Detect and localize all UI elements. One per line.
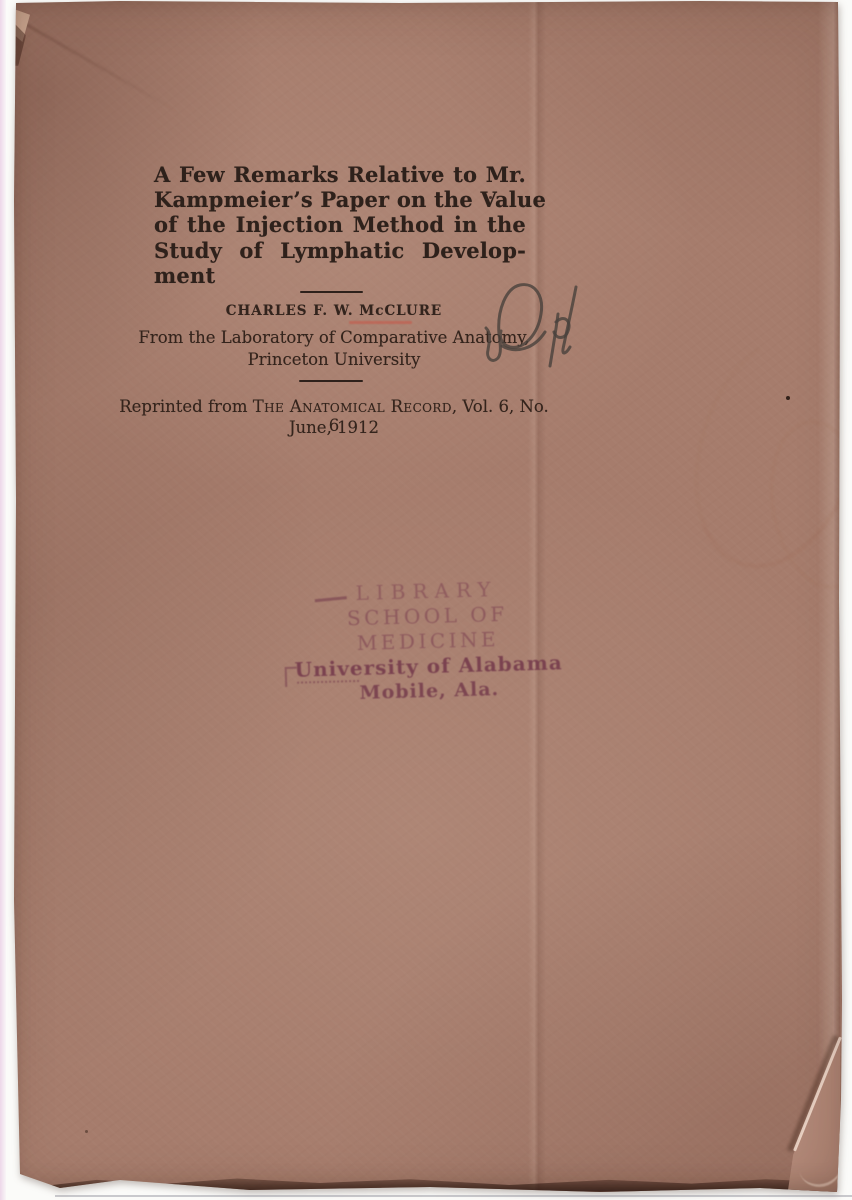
handwritten-note: [472, 276, 607, 401]
reprint-date: June, 1912: [114, 418, 554, 437]
paper-speck: [489, 196, 492, 199]
torn-corner-flap: [762, 1022, 840, 1192]
tear-highlight: [793, 1036, 842, 1151]
reprint-prefix: Reprinted from: [119, 397, 253, 416]
stamp-line: SCHOOL OF MEDICINE: [275, 600, 580, 658]
water-stain: [667, 312, 852, 589]
title-line: Study of Lymphatic Develop-: [154, 238, 526, 263]
title-line: ment: [154, 263, 526, 288]
water-stain: [758, 413, 852, 597]
pamphlet-cover: A Few Remarks Relative to Mr. Kampmeier’…: [0, 0, 852, 1200]
stamp-line: LIBRARY: [274, 575, 579, 608]
stamp-dotted-line: [297, 680, 359, 684]
reprint-notice: Reprinted from The Anatomical Record, Vo…: [114, 397, 554, 435]
title-line: A Few Remarks Relative to Mr.: [154, 162, 526, 187]
pencil-script-icon: [472, 276, 607, 401]
tear-shadow: [787, 1035, 839, 1152]
scanner-artifact-line: [55, 1195, 852, 1197]
torn-corner-shadow: [13, 22, 26, 66]
paper-speck: [85, 1130, 88, 1133]
stamp-line: Mobile, Ala.: [277, 675, 582, 708]
red-pencil-underline: [349, 321, 412, 324]
vertical-crease: [528, 0, 546, 1200]
stamp-line: University of Alabama: [276, 650, 581, 683]
ragged-bottom-edge: [14, 1160, 840, 1192]
stamp-bracket-mark: [285, 667, 298, 687]
right-edge-highlight: [818, 0, 840, 1200]
paper-speck: [786, 396, 790, 400]
affiliation-line: From the Laboratory of Comparative Anato…: [124, 327, 544, 349]
stamp-dash-mark: [315, 596, 347, 602]
paper-title: A Few Remarks Relative to Mr. Kampmeier’…: [154, 162, 526, 288]
scanned-page: { "cover": { "title_lines": [ "A Few Rem…: [0, 0, 852, 1200]
reprint-suffix: , Vol. 6, No. 6: [329, 397, 549, 435]
divider-rule: [299, 380, 363, 382]
divider-rule: [300, 291, 363, 293]
title-line: of the Injection Method in the: [154, 212, 526, 237]
corner-crease: [17, 18, 183, 116]
affiliation-line: Princeton University: [124, 349, 544, 371]
affiliation: From the Laboratory of Comparative Anato…: [124, 327, 544, 371]
library-stamp: LIBRARY SCHOOL OF MEDICINE University of…: [274, 575, 581, 708]
torn-corner-chip: [11, 8, 30, 42]
flap-curl-edge: [795, 1144, 844, 1191]
journal-name: The Anatomical Record: [253, 397, 452, 416]
pamphlet-cover-wrap: A Few Remarks Relative to Mr. Kampmeier’…: [0, 0, 852, 1200]
author-name: CHARLES F. W. McCLURE: [124, 303, 544, 319]
title-line: Kampmeier’s Paper on the Value: [154, 187, 526, 212]
